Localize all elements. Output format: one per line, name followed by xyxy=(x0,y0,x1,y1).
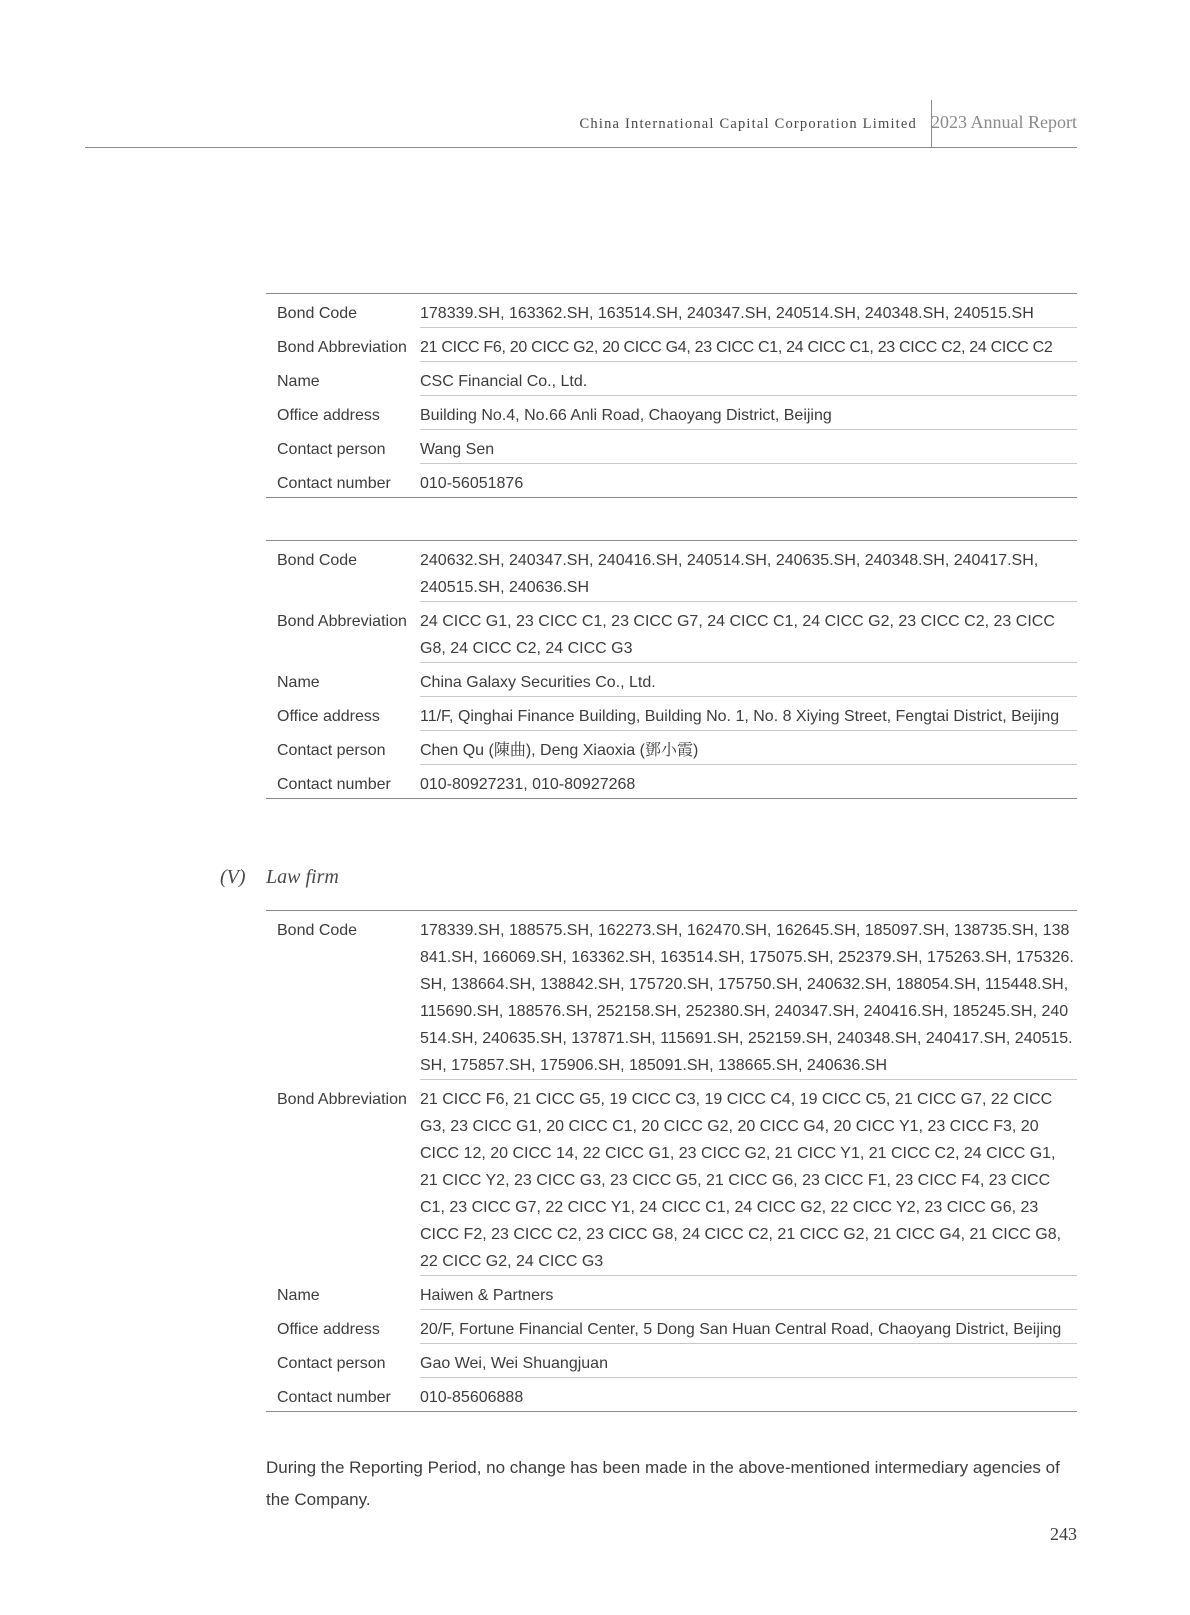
row-label: Bond Abbreviation xyxy=(266,328,420,362)
row-label: Contact person xyxy=(266,731,420,765)
row-label: Contact number xyxy=(266,1378,420,1411)
table-row: Office address 20/F, Fortune Financial C… xyxy=(266,1310,1077,1344)
row-value: Wang Sen xyxy=(420,430,1077,464)
table-row: Contact person Gao Wei, Wei Shuangjuan xyxy=(266,1344,1077,1378)
row-label: Contact person xyxy=(266,430,420,464)
page-header: China International Capital Corporation … xyxy=(85,100,1077,148)
report-title: 2023 Annual Report xyxy=(931,112,1077,133)
row-value: Haiwen & Partners xyxy=(420,1276,1077,1310)
table-row: Bond Code 240632.SH, 240347.SH, 240416.S… xyxy=(266,541,1077,602)
table-row: Bond Code 178339.SH, 163362.SH, 163514.S… xyxy=(266,294,1077,328)
row-value: 178339.SH, 188575.SH, 162273.SH, 162470.… xyxy=(420,911,1077,1080)
table-row: Bond Abbreviation 21 CICC F6, 20 CICC G2… xyxy=(266,328,1077,362)
table-row: Contact person Chen Qu (陳曲), Deng Xiaoxi… xyxy=(266,731,1077,765)
table-row: Contact person Wang Sen xyxy=(266,430,1077,464)
row-label: Bond Code xyxy=(266,294,420,328)
table-row: Name China Galaxy Securities Co., Ltd. xyxy=(266,663,1077,697)
row-value: 240632.SH, 240347.SH, 240416.SH, 240514.… xyxy=(420,541,1077,602)
table-row: Name CSC Financial Co., Ltd. xyxy=(266,362,1077,396)
row-value: 20/F, Fortune Financial Center, 5 Dong S… xyxy=(420,1310,1077,1344)
row-value: CSC Financial Co., Ltd. xyxy=(420,362,1077,396)
row-value: 010-80927231, 010-80927268 xyxy=(420,765,1077,798)
intermediary-table-csc: Bond Code 178339.SH, 163362.SH, 163514.S… xyxy=(266,293,1077,498)
table-row: Contact number 010-80927231, 010-8092726… xyxy=(266,765,1077,798)
intermediary-table-galaxy: Bond Code 240632.SH, 240347.SH, 240416.S… xyxy=(266,540,1077,799)
row-value: China Galaxy Securities Co., Ltd. xyxy=(420,663,1077,697)
row-label: Name xyxy=(266,362,420,396)
row-value: Gao Wei, Wei Shuangjuan xyxy=(420,1344,1077,1378)
row-label: Contact number xyxy=(266,765,420,798)
row-label: Bond Code xyxy=(266,541,420,602)
row-label: Office address xyxy=(266,1310,420,1344)
row-label: Bond Abbreviation xyxy=(266,602,420,663)
section-title: Law firm xyxy=(266,866,339,888)
row-label: Bond Code xyxy=(266,911,420,1080)
table-row: Name Haiwen & Partners xyxy=(266,1276,1077,1310)
row-label: Office address xyxy=(266,396,420,430)
section-heading: (V)Law firm xyxy=(220,866,339,889)
row-label: Contact number xyxy=(266,464,420,497)
row-value: 24 CICC G1, 23 CICC C1, 23 CICC G7, 24 C… xyxy=(420,602,1077,663)
table-row: Contact number 010-85606888 xyxy=(266,1378,1077,1411)
table-row: Office address 11/F, Qinghai Finance Bui… xyxy=(266,697,1077,731)
law-firm-table: Bond Code 178339.SH, 188575.SH, 162273.S… xyxy=(266,910,1077,1412)
table-row: Bond Abbreviation 24 CICC G1, 23 CICC C1… xyxy=(266,602,1077,663)
row-value: 21 CICC F6, 20 CICC G2, 20 CICC G4, 23 C… xyxy=(420,328,1077,362)
page-number: 243 xyxy=(1050,1524,1077,1545)
table-row: Bond Code 178339.SH, 188575.SH, 162273.S… xyxy=(266,911,1077,1080)
row-value: 010-85606888 xyxy=(420,1378,1077,1411)
company-name: China International Capital Corporation … xyxy=(580,116,917,133)
row-value: Building No.4, No.66 Anli Road, Chaoyang… xyxy=(420,396,1077,430)
section-number: (V) xyxy=(220,866,266,889)
row-value: Chen Qu (陳曲), Deng Xiaoxia (鄧小霞) xyxy=(420,731,1077,765)
table-row: Contact number 010-56051876 xyxy=(266,464,1077,497)
table-row: Office address Building No.4, No.66 Anli… xyxy=(266,396,1077,430)
row-label: Bond Abbreviation xyxy=(266,1080,420,1276)
closing-paragraph: During the Reporting Period, no change h… xyxy=(266,1452,1086,1516)
row-value: 11/F, Qinghai Finance Building, Building… xyxy=(420,697,1077,731)
row-label: Contact person xyxy=(266,1344,420,1378)
row-label: Office address xyxy=(266,697,420,731)
table-row: Bond Abbreviation 21 CICC F6, 21 CICC G5… xyxy=(266,1080,1077,1276)
row-value: 21 CICC F6, 21 CICC G5, 19 CICC C3, 19 C… xyxy=(420,1080,1077,1276)
row-label: Name xyxy=(266,1276,420,1310)
row-value: 010-56051876 xyxy=(420,464,1077,497)
row-label: Name xyxy=(266,663,420,697)
row-value: 178339.SH, 163362.SH, 163514.SH, 240347.… xyxy=(420,294,1077,328)
